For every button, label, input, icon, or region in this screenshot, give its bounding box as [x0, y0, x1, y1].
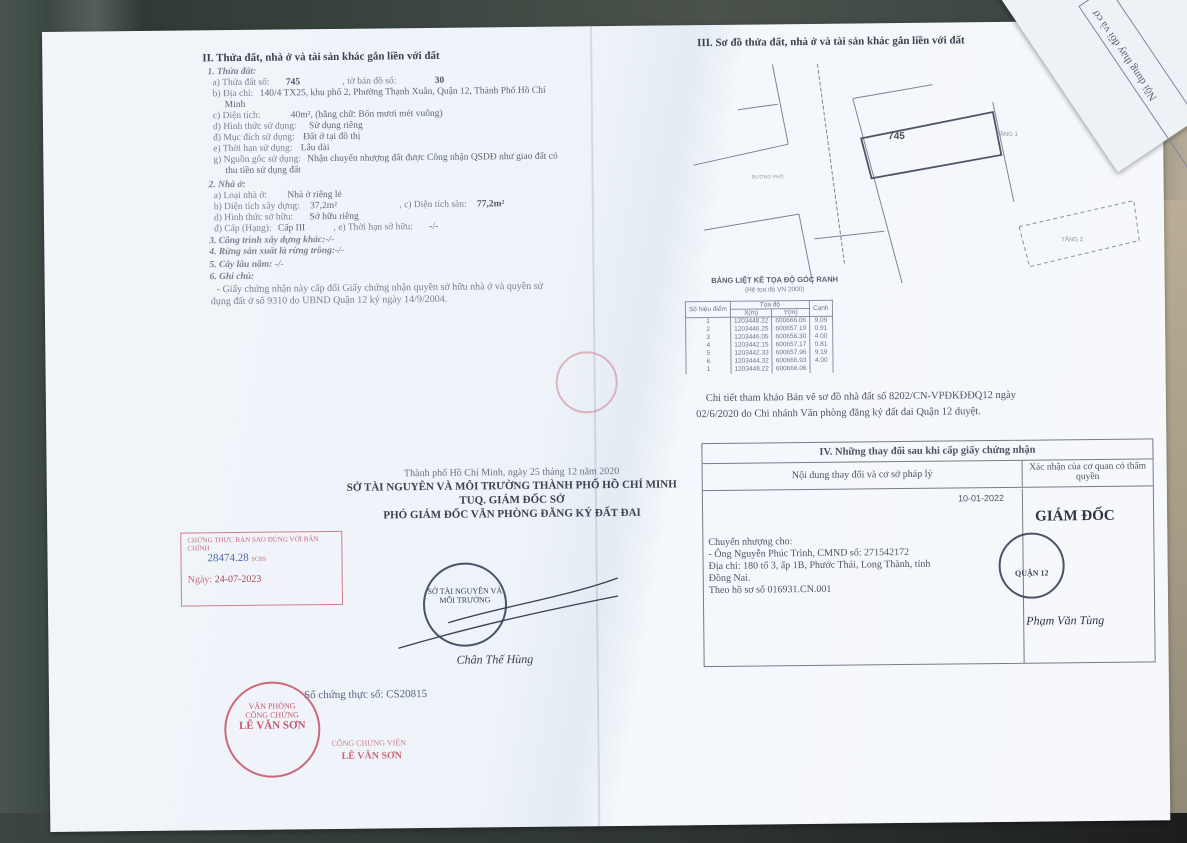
note-line-2: dụng đất ở số 9310 do UBND Quận 12 ký ng… [211, 294, 447, 307]
seal-line: LÊ VĂN SƠN [226, 719, 318, 732]
section-iii-title: III. Sơ đồ thửa đất, nhà ở và tài sản kh… [697, 34, 965, 49]
house-ownership: d) Hình thức sở hữu: Sở hữu riêng [214, 212, 359, 224]
changes-header: Nội dung thay đổi và cơ sở pháp lý Xác n… [703, 459, 1153, 491]
value: Nhà ở riêng lẻ [287, 190, 341, 201]
label: , e) Thời hạn sở hữu: [333, 222, 413, 233]
col-change-content: Nội dung thay đổi và cơ sở pháp lý [703, 461, 1023, 490]
col-edge: Cạnh [809, 300, 832, 316]
value: -/- [325, 235, 334, 245]
district-seal: QUẬN 12 [998, 532, 1065, 599]
land-address: b) Địa chỉ: 140/4 TX25, khu phố 2, Phườn… [213, 86, 546, 99]
label: e) Thời hạn sử dụng: [213, 143, 292, 154]
signing-role: PHÓ GIÁM ĐỐC VĂN PHÒNG ĐĂNG KÝ ĐẤT ĐAI [317, 506, 707, 522]
label: đ) Cấp (Hạng): [214, 224, 272, 235]
coords-cell-edge: 0.81 [810, 341, 833, 349]
land-use-form: d) Hình thức sử dụng: Sử dụng riêng [213, 121, 363, 133]
notary-name: LÊ VĂN SƠN [342, 750, 403, 762]
coords-row: 11203448.22600666.06 [686, 365, 833, 375]
notes-heading: 6. Ghi chú: [210, 272, 255, 282]
file-number: Theo hồ sơ số 016931.CN.001 [709, 584, 832, 596]
label: a) Thửa đất số: [212, 78, 269, 89]
value: Cấp III [278, 223, 305, 233]
label: , tờ bản đồ số: [342, 76, 396, 87]
house-grade: đ) Cấp (Hạng): Cấp III , e) Thời hạn sở … [214, 222, 438, 234]
house-heading: 2. Nhà ở: [209, 180, 246, 190]
land-area: c) Diện tích: 40m², (bằng chữ: Bốn mươi … [213, 109, 443, 121]
floor2-label: TẦNG 2 [1061, 237, 1083, 243]
coords-table-subtitle: (Hệ tọa độ VN 2000) [690, 285, 860, 294]
label: b) Diện tích xây dựng: [214, 201, 300, 212]
label: 4. Rừng sản xuất là rừng trồng: [209, 246, 335, 257]
coords-cell-y: 600666.06 [772, 365, 810, 373]
house-type: a) Loại nhà ở: Nhà ở riêng lẻ [214, 190, 342, 201]
value: Sử dụng riêng [309, 121, 363, 132]
copy-stamp-header: CHỨNG THỰC BẢN SAO ĐÚNG VỚI BẢN CHÍNH [187, 535, 335, 553]
label: , c) Diện tích sàn: [399, 200, 466, 211]
certificate-document: II. Thửa đất, nhà ở và tài sản khác gắn … [42, 20, 1170, 832]
value: 140/4 TX25, khu phố 2, Phường Thạnh Xuân… [260, 86, 546, 99]
change-date: 10-01-2022 [958, 493, 1004, 503]
value: Sở hữu riêng [309, 212, 358, 223]
coords-cell-edge: 4.00 [810, 357, 833, 365]
land-heading: 1. Thửa đất: [207, 67, 256, 78]
land-origin-cont: thu tiền sử dụng đất [225, 165, 300, 176]
house-build-area: b) Diện tích xây dựng: 37,2m² , c) Diện … [214, 199, 505, 212]
label: b) Địa chỉ: [213, 89, 254, 99]
label: g) Nguồn gốc sử dụng: [213, 154, 301, 165]
value: 37,2m² [310, 201, 337, 211]
coords-cell-edge: 0.91 [810, 325, 833, 333]
signer-name: Chân Thế Hùng [457, 652, 534, 668]
coords-cell-edge: 9.09 [810, 316, 833, 325]
floor1-label: TẦNG 1 [996, 132, 1018, 138]
value: -/- [335, 246, 344, 256]
perennial-trees: 5. Cây lâu năm: -/- [209, 259, 283, 270]
value: Đất ở tại đô thị [303, 132, 360, 143]
page-fold [590, 26, 600, 826]
transferee: - Ông Nguyễn Phúc Trình, CMND số: 271542… [708, 547, 909, 560]
section-ii-title: II. Thửa đất, nhà ở và tài sản khác gắn … [202, 50, 440, 64]
transferee-address: Địa chỉ: 180 tổ 3, ấp 1B, Phước Thái, Lo… [709, 559, 931, 572]
planted-forest: 4. Rừng sản xuất là rừng trồng:-/- [209, 246, 344, 257]
label: d) Hình thức sở hữu: [214, 212, 293, 223]
label: c) Diện tích: [213, 111, 261, 121]
coords-cell-x: 1203448.22 [731, 365, 772, 373]
street-label: ĐƯỜNG PHỐ [752, 174, 784, 180]
copy-stamp-number: 28474.28 SCBS [207, 551, 335, 564]
director-title: GIÁM ĐỐC [1035, 508, 1115, 526]
label: 5. Cây lâu năm: [209, 260, 272, 271]
value: Nhận chuyển nhượng đất được Công nhận QS… [307, 152, 558, 165]
transfer-label: Chuyển nhượng cho: [708, 536, 792, 548]
label: d) Hình thức sử dụng: [213, 121, 297, 132]
label: a) Loại nhà ở: [214, 191, 267, 202]
value: 24-07-2023 [215, 574, 262, 585]
col-point: Số hiệu điểm [685, 301, 730, 317]
copy-stamp-date: Ngày: 24-07-2023 [188, 573, 336, 586]
changes-table: IV. Những thay đổi sau khi cấp giấy chứn… [701, 438, 1155, 667]
coords-table-title: BẢNG LIỆT KÊ TỌA ĐỘ GÓC RANH [690, 274, 860, 285]
coords-cell-edge: 4.00 [810, 333, 833, 341]
seal-text: QUẬN 12 [1001, 568, 1063, 578]
value: Lâu dài [301, 143, 330, 153]
parcel-number-label: 745 [888, 131, 905, 142]
value: 30 [435, 76, 445, 86]
transferee-address-cont: Đồng Nai. [709, 573, 751, 584]
coords-cell-p: 1 [686, 366, 731, 374]
faded-notary-seal [555, 351, 618, 414]
label: đ) Mục đích sử dụng: [213, 132, 295, 143]
coords-cell-edge: 9.19 [810, 349, 833, 357]
coords-cell-edge [810, 365, 833, 373]
signing-block: Thành phố Hồ Chí Minh, ngày 25 tháng 12 … [317, 465, 708, 522]
signature-scribble [388, 566, 629, 659]
land-use-term: e) Thời hạn sử dụng: Lâu dài [213, 143, 329, 154]
notary-cert-number: Số chứng thực số: CS20815 [304, 688, 427, 701]
floor-area-value: 77,2m² [477, 199, 504, 209]
coords-table-body: 11203448.22600666.069.0921203446.2560065… [686, 316, 833, 374]
land-address-cont: Minh [225, 100, 246, 110]
value: 40m², (bằng chữ: Bốn mươi mét vuông) [291, 109, 443, 121]
value: -/- [429, 222, 438, 232]
suffix: SCBS [252, 557, 267, 563]
land-use-purpose: đ) Mục đích sử dụng: Đất ở tại đô thị [213, 132, 360, 144]
value: 28474.28 [207, 552, 248, 564]
reference-line-2: 02/6/2020 do Chi nhánh Văn phòng đăng ký… [696, 406, 981, 420]
label: 3. Công trình xây dựng khác: [209, 235, 325, 246]
reference-line-1: Chi tiết tham khảo Bản vẽ sơ đồ nhà đất … [706, 390, 1016, 404]
value: 745 [286, 77, 300, 87]
value: -/- [275, 259, 284, 269]
director-name: Phạm Văn Tùng [1026, 613, 1104, 629]
certified-copy-stamp: CHỨNG THỰC BẢN SAO ĐÚNG VỚI BẢN CHÍNH 28… [180, 531, 343, 607]
note-line-1: - Giấy chứng nhận này cấp đổi Giấy chứng… [217, 281, 543, 295]
coords-table: Số hiệu điểm Tọa độ Cạnh X(m) Y(m) 11203… [685, 300, 833, 375]
col-authority: Xác nhận của cơ quan có thẩm quyền [1023, 459, 1153, 486]
label: Ngày: [188, 574, 213, 585]
other-works: 3. Công trình xây dựng khác:-/- [209, 235, 334, 246]
notary-title: CÔNG CHỨNG VIÊN [331, 738, 406, 748]
